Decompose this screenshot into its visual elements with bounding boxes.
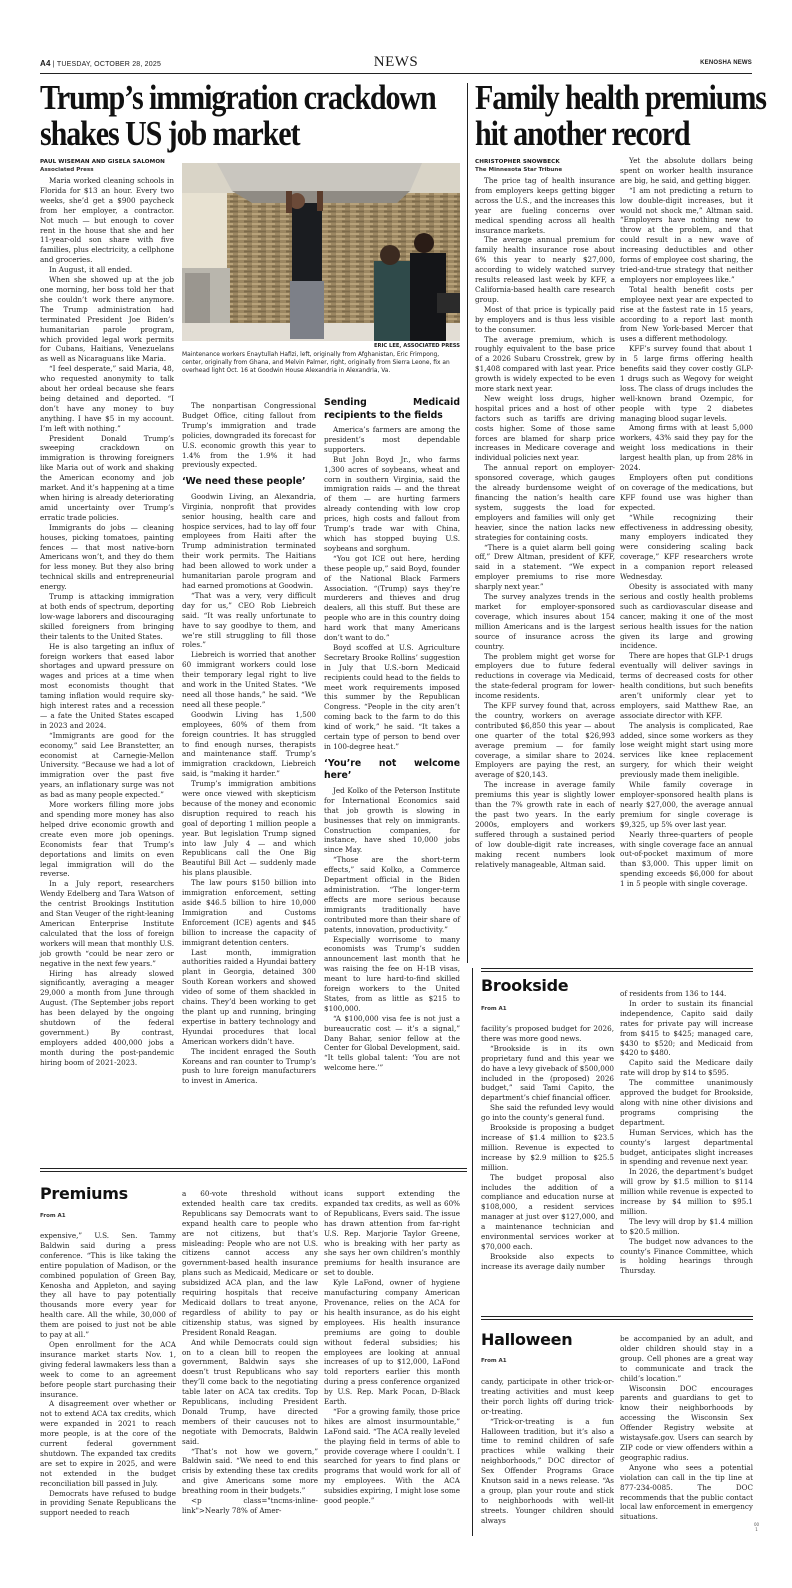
paragraph: “Trick-or-treating is a fun Halloween tr…	[481, 1417, 614, 1526]
paragraph: Obesity is associated with many serious …	[620, 582, 753, 651]
page-code-line-2: 1	[754, 1527, 759, 1532]
paragraph: And while Democrats could sign on to a c…	[182, 1338, 318, 1447]
page-folio: A4 | TUESDAY, OCTOBER 28, 2025 NEWS KENO…	[40, 56, 752, 74]
author-names: PAUL WISEMAN AND GISELA SALOMON	[40, 159, 180, 167]
section-divider	[481, 968, 753, 972]
paragraph: “While recognizing their effectiveness i…	[620, 513, 753, 582]
paragraph: Trump’s immigration ambitions were once …	[182, 779, 316, 878]
paragraph: Jed Kolko of the Peterson Institute for …	[324, 786, 460, 855]
paragraph: Capito said the Medicare daily rate will…	[620, 1058, 753, 1078]
paragraph: The committee unanimously approved the b…	[620, 1078, 753, 1128]
subhead-not-welcome: ‘You’re not welcome here’	[324, 758, 460, 783]
paragraph: In August, it all ended.	[40, 265, 174, 275]
paragraph: Brookside also expects to increase its a…	[481, 1252, 614, 1272]
paragraph: There are hopes that GLP-1 drugs eventua…	[620, 651, 753, 720]
author-org: The Minnesota Star Tribune	[475, 167, 615, 175]
page-code: 00 1	[754, 1522, 759, 1532]
paragraph: of residents from 136 to 144.	[620, 989, 753, 999]
health-column-2: Yet the absolute dollars being spent on …	[620, 156, 753, 889]
paragraph: The increase in average family premiums …	[475, 780, 615, 869]
paragraph: “That was a very, very difficult day for…	[182, 591, 316, 650]
paragraph: “Brookside is in its own proprietary fun…	[481, 1044, 614, 1103]
halloween-column-1: candy, participate in other trick-or-tre…	[481, 1377, 614, 1526]
brookside-headline: Brookside	[481, 976, 568, 995]
paragraph: New weight loss drugs, higher hospital p…	[475, 394, 615, 463]
paragraph: The problem might get worse for employer…	[475, 652, 615, 702]
paragraph: In a July report, researchers Wendy Edel…	[40, 879, 174, 968]
paragraph: The KFF survey found that, across the co…	[475, 701, 615, 780]
paragraph: The survey analyzes trends in the market…	[475, 592, 615, 651]
paper-name: KENOSHA NEWS	[700, 60, 752, 66]
paragraph: Open enrollment for the ACA insurance ma…	[40, 1340, 176, 1399]
paragraph: Yet the absolute dollars being spent on …	[620, 156, 753, 186]
paragraph: Most of that price is typically paid by …	[475, 305, 615, 335]
immigration-headline: Trump’s immigration crackdown shakes US …	[40, 80, 487, 152]
paragraph: A disagreement over whether or not to ex…	[40, 1399, 176, 1488]
paragraph: The average premium, which is roughly eq…	[475, 335, 615, 394]
immigration-column-3: Sending Medicaid recipients to the field…	[324, 397, 460, 1073]
paragraph: “Immigrants are good for the economy,” s…	[40, 731, 174, 800]
paragraph: The budget now advances to the county’s …	[620, 1237, 753, 1277]
premiums-headline: Premiums	[40, 1184, 128, 1203]
paragraph: The budget proposal also includes the ad…	[481, 1173, 614, 1252]
paragraph: Boyd scoffed at U.S. Agriculture Secreta…	[324, 643, 460, 752]
halloween-column-2: be accompanied by an adult, and older ch…	[620, 1334, 753, 1522]
section-name: NEWS	[40, 54, 752, 71]
brookside-column-1: facility’s proposed budget for 2026, the…	[481, 1024, 614, 1272]
paragraph: Immigrants do jobs — cleaning houses, pi…	[40, 523, 174, 592]
health-column-1: The price tag of health insurance from e…	[475, 176, 615, 869]
paragraph: The levy will drop by $1.4 million to $2…	[620, 1217, 753, 1237]
paragraph: “I feel desperate,” said Maria, 48, who …	[40, 364, 174, 433]
paragraph: Wisconsin DOC encourages parents and gua…	[620, 1384, 753, 1463]
paragraph: Nearly three-quarters of people with sin…	[620, 830, 753, 889]
paragraph: Trump is attacking immigration at both e…	[40, 592, 174, 642]
paragraph: Kyle LaFond, owner of hygiene manufactur…	[324, 1278, 460, 1407]
subhead-we-need-these-people: ‘We need these people’	[182, 476, 316, 489]
immigration-column-1: Maria worked cleaning schools in Florida…	[40, 176, 174, 1068]
paragraph: Among firms with at least 5,000 workers,…	[620, 423, 753, 473]
paragraph: Goodwin Living has 1,500 employees, 60% …	[182, 710, 316, 779]
section-divider	[40, 1168, 467, 1172]
paragraph: In order to sustain its financial indepe…	[620, 999, 753, 1058]
halloween-headline: Halloween	[481, 1330, 572, 1349]
paragraph: Anyone who sees a potential violation ca…	[620, 1463, 753, 1522]
paragraph: She said the refunded levy would go into…	[481, 1103, 614, 1123]
paragraph: The nonpartisan Congressional Budget Off…	[182, 401, 316, 470]
paragraph: “I am not predicting a return to low dou…	[620, 186, 753, 285]
paragraph: While family coverage in employer-sponso…	[620, 780, 753, 830]
paragraph: Last month, immigration authorities raid…	[182, 948, 316, 1047]
paragraph: The average annual premium for family he…	[475, 235, 615, 304]
author-org: Associated Press	[40, 167, 180, 175]
paragraph: The incident enraged the South Koreans a…	[182, 1047, 316, 1087]
paragraph: More workers filling more jobs and spend…	[40, 800, 174, 879]
paragraph: Especially worrisome to many economists …	[324, 935, 460, 1014]
paragraph: He is also targeting an influx of foreig…	[40, 642, 174, 731]
paragraph: icans support extending the expanded tax…	[324, 1189, 460, 1278]
jump-from-label: From A1	[40, 1213, 66, 1219]
paragraph: be accompanied by an adult, and older ch…	[620, 1334, 753, 1384]
health-byline: CHRISTOPHER SNOWBECK The Minnesota Star …	[475, 159, 615, 174]
column-divider	[472, 968, 473, 1536]
paragraph: Democrats have refused to budge in provi…	[40, 1489, 176, 1519]
photo-credit: ERIC LEE, ASSOCIATED PRESS	[182, 343, 460, 349]
premiums-column-1: expensive,” U.S. Sen. Tammy Baldwin said…	[40, 1231, 176, 1518]
paragraph: Liebreich is worried that another 60 imm…	[182, 650, 316, 709]
photo-caption: Maintenance workers Enaytullah Hafizi, l…	[182, 351, 460, 375]
workers-fixing-light-image	[182, 163, 460, 341]
paragraph: Brookside is proposing a budget increase…	[481, 1123, 614, 1173]
premiums-column-2: a 60-vote threshold without extended hea…	[182, 1189, 318, 1516]
paragraph: America’s farmers are among the presiden…	[324, 425, 460, 455]
health-headline: Family health premiums hit another recor…	[475, 80, 776, 152]
paragraph: KFF’s survey found that about 1 in 5 lar…	[620, 344, 753, 423]
paragraph: “A $100,000 visa fee is not just a burea…	[324, 1014, 460, 1073]
jump-from-label: From A1	[481, 1358, 507, 1364]
paragraph: President Donald Trump’s sweeping crackd…	[40, 434, 174, 523]
paragraph: “For a growing family, those price hikes…	[324, 1407, 460, 1506]
paragraph: The law pours $150 billion into immigrat…	[182, 878, 316, 947]
premiums-column-3: icans support extending the expanded tax…	[324, 1189, 460, 1506]
paragraph: “Those are the short-term effects,” said…	[324, 855, 460, 934]
newspaper-page: A4 | TUESDAY, OCTOBER 28, 2025 NEWS KENO…	[0, 0, 792, 1588]
paragraph: Goodwin Living, an Alexandria, Virginia,…	[182, 492, 316, 591]
paragraph: The analysis is complicated, Rae added, …	[620, 721, 753, 780]
column-divider	[467, 83, 468, 963]
paragraph: Maria worked cleaning schools in Florida…	[40, 176, 174, 265]
paragraph: The annual report on employer-sponsored …	[475, 463, 615, 542]
paragraph: facility’s proposed budget for 2026, the…	[481, 1024, 614, 1044]
immigration-column-2: The nonpartisan Congressional Budget Off…	[182, 401, 316, 1086]
paragraph: candy, participate in other trick-or-tre…	[481, 1377, 614, 1417]
paragraph: “There is a quiet alarm bell going off,”…	[475, 543, 615, 593]
paragraph: When she showed up at the job one mornin…	[40, 275, 174, 364]
subhead-sending-medicaid: Sending Medicaid recipients to the field…	[324, 397, 460, 422]
news-photo	[182, 163, 460, 341]
paragraph: “You got ICE out here, herding these peo…	[324, 554, 460, 643]
paragraph: a 60-vote threshold without extended hea…	[182, 1189, 318, 1338]
brookside-column-2: of residents from 136 to 144. In order t…	[620, 989, 753, 1276]
paragraph: “That’s not how we govern,” Baldwin said…	[182, 1447, 318, 1497]
paragraph: Human Services, which has the county’s l…	[620, 1128, 753, 1168]
jump-from-label: From A1	[481, 1006, 507, 1012]
paragraph: expensive,” U.S. Sen. Tammy Baldwin said…	[40, 1231, 176, 1340]
paragraph: Hiring has already slowed significantly,…	[40, 969, 174, 1068]
paragraph: Total health benefit costs per employee …	[620, 285, 753, 344]
paragraph: <p class="tncms-inline-link">Nearly 78% …	[182, 1496, 318, 1516]
paragraph: In 2026, the department’s budget will gr…	[620, 1167, 753, 1217]
paragraph: Employers often put conditions on covera…	[620, 473, 753, 513]
section-divider	[481, 1316, 753, 1320]
paragraph: But John Boyd Jr., who farms 1,300 acres…	[324, 455, 460, 554]
author-name: CHRISTOPHER SNOWBECK	[475, 159, 615, 167]
immigration-byline: PAUL WISEMAN AND GISELA SALOMON Associat…	[40, 159, 180, 174]
paragraph: The price tag of health insurance from e…	[475, 176, 615, 235]
